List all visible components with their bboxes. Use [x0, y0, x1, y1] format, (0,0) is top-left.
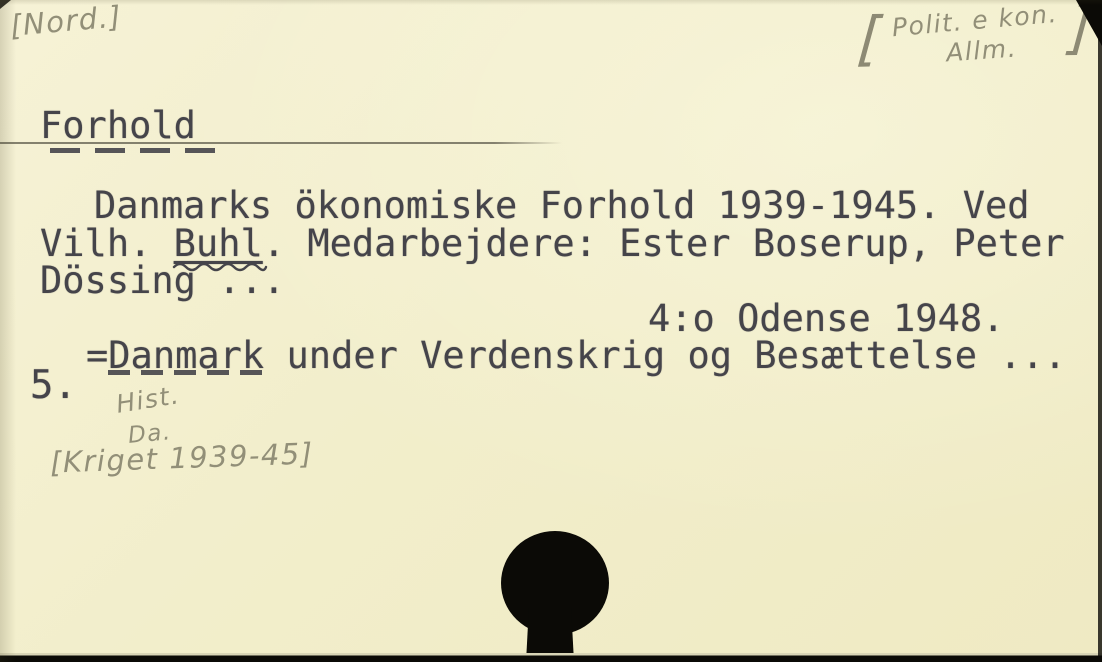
heading-rule-line [0, 142, 562, 144]
entry-line-imprint: 4:o Odense 1948. [648, 299, 1004, 339]
open-bracket-glyph: [ [855, 8, 882, 71]
card-bottom-edge [0, 653, 1102, 662]
series-equals-sign: = [86, 334, 108, 377]
left-edge-shadow [0, 0, 16, 662]
classification-annotation-top-left: [Nord.] [9, 0, 124, 43]
series-title-underline-dashes [108, 370, 268, 375]
heading-underline-dashes [50, 148, 230, 153]
annotation-allm: Allm. [945, 34, 1018, 68]
card-corner-top-left [0, 0, 11, 9]
annotation-kriget: [Kriget 1939-45] [49, 436, 314, 479]
catalog-card: [Nord.] [ Polit. e kon. Allm. ] Forhold … [0, 0, 1102, 662]
card-heading: Forhold [40, 106, 196, 146]
series-post: under Verdenskrig og Besættelse ... [264, 334, 1066, 377]
entry-line-contributor: Dössing ... [40, 261, 285, 301]
classification-annotation-top-right: [ Polit. e kon. Allm. ] [857, 0, 1098, 78]
annotation-hist: Hist. [114, 380, 182, 419]
entry-line-author: Vilh. Buhl. Medarbejdere: Ester Boserup,… [40, 224, 1065, 264]
entry-line-title: Danmarks ökonomiske Forhold 1939-1945. V… [94, 186, 1030, 226]
author-line-post: . Medarbejdere: Ester Boserup, Peter [263, 222, 1065, 265]
item-number: 5. [30, 366, 77, 406]
card-right-edge [1098, 0, 1102, 662]
